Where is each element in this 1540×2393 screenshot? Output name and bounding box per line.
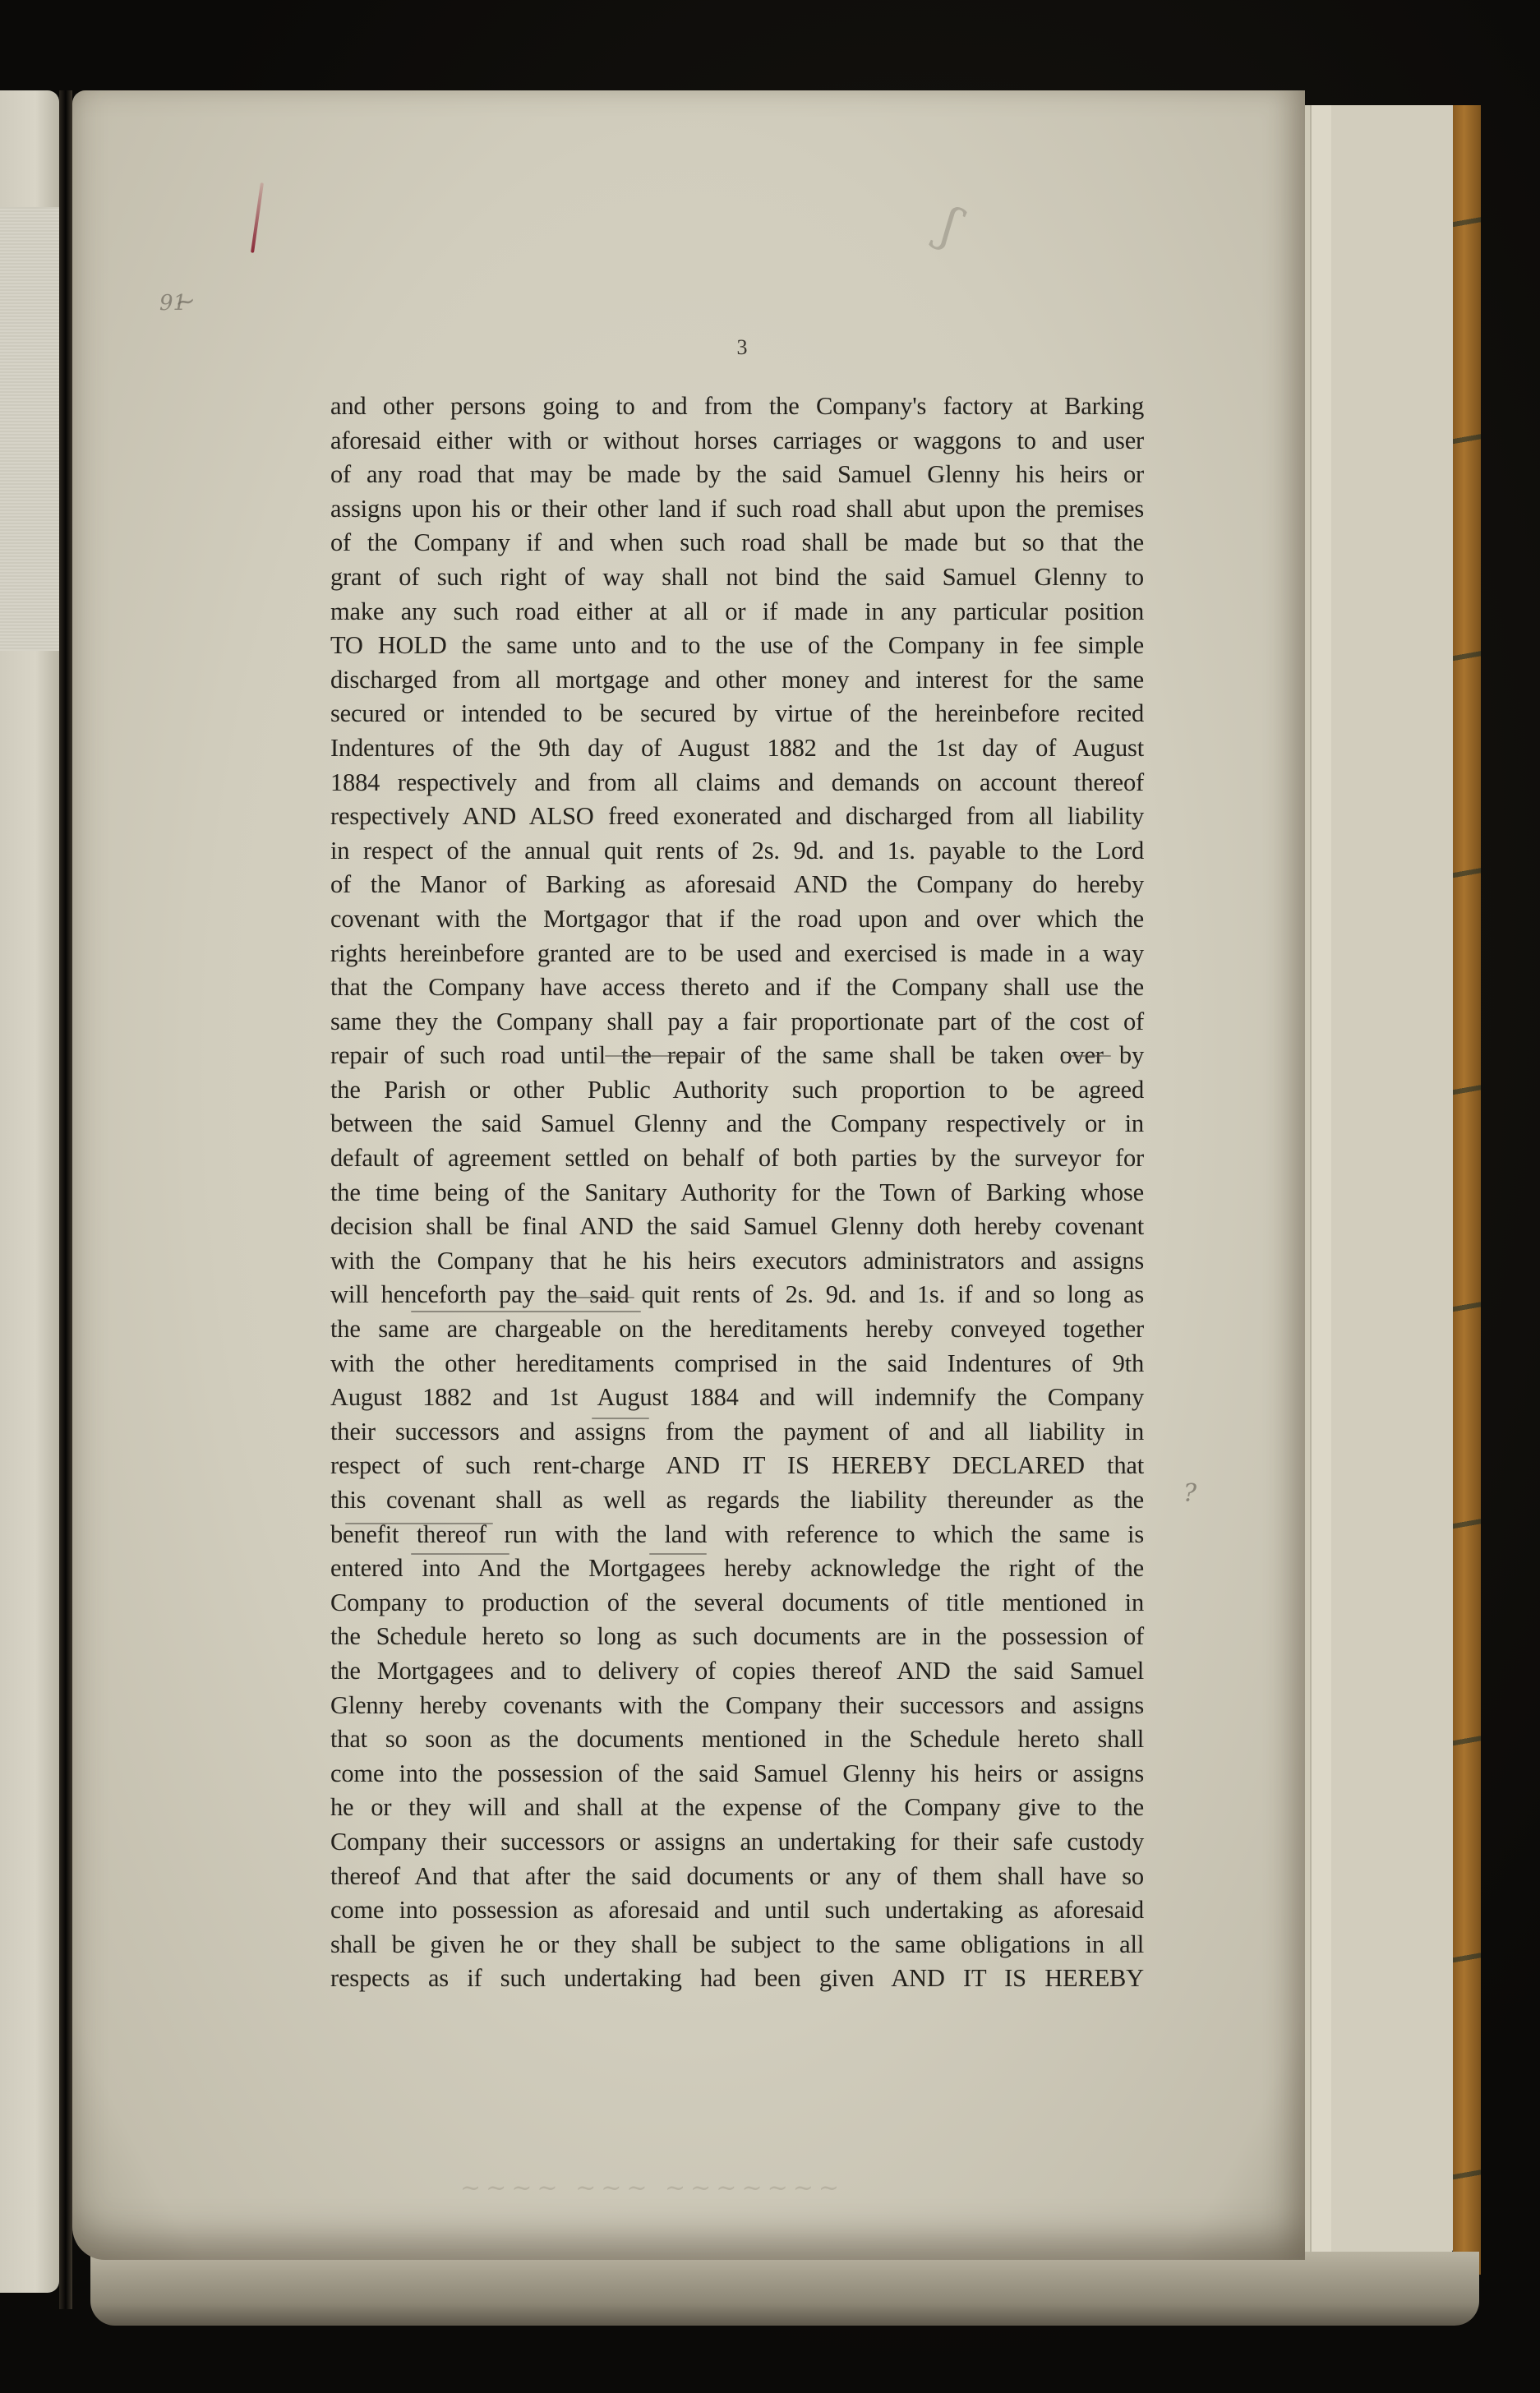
text-line: secured or intended to be secured by vir…: [330, 697, 1144, 731]
text-line: aforesaid either with or without horses …: [330, 424, 1144, 459]
text-line: of any road that may be made by the said…: [330, 458, 1144, 492]
text-line: repair of such road until the repair of …: [330, 1039, 1144, 1073]
text-line: respects as if such undertaking had been…: [330, 1962, 1144, 1996]
text-line: respect of such rent-charge AND IT IS HE…: [330, 1449, 1144, 1483]
text-line: decision shall be final AND the said Sam…: [330, 1210, 1144, 1244]
text-line: Company their successors or assigns an u…: [330, 1825, 1144, 1860]
text-line: the time being of the Sanitary Authority…: [330, 1176, 1144, 1210]
margin-pencil-note: 91: [159, 291, 187, 316]
text-line: thereof And that after the said document…: [330, 1860, 1144, 1894]
text-line: the Mortgagees and to delivery of copies…: [330, 1654, 1144, 1689]
text-line: of the Manor of Barking as aforesaid AND…: [330, 868, 1144, 902]
text-line: he or they will and shall at the expense…: [330, 1791, 1144, 1825]
pencil-underline: [592, 1418, 649, 1419]
text-line: rights hereinbefore granted are to be us…: [330, 937, 1144, 971]
text-line: default of agreement settled on behalf o…: [330, 1141, 1144, 1176]
text-line: that so soon as the documents mentioned …: [330, 1722, 1144, 1757]
text-line: discharged from all mortgage and other m…: [330, 663, 1144, 698]
deed-body-text: and other persons going to and from the …: [330, 390, 1144, 1996]
text-line: of the Company if and when such road sha…: [330, 526, 1144, 560]
text-line: Indentures of the 9th day of August 1882…: [330, 731, 1144, 766]
text-line: between the said Samuel Glenny and the C…: [330, 1107, 1144, 1141]
pencil-underline: [411, 1311, 641, 1312]
pencil-underline: [411, 1553, 509, 1555]
pencil-underline: [345, 1523, 493, 1524]
pencil-underline: [1070, 1055, 1111, 1057]
pencil-underline: [569, 1297, 634, 1298]
text-line: Glenny hereby covenants with the Company…: [330, 1689, 1144, 1723]
text-line: respectively AND ALSO freed exonerated a…: [330, 800, 1144, 834]
page-number: 3: [734, 335, 750, 360]
text-line: with the other hereditaments comprised i…: [330, 1347, 1144, 1381]
faint-pencil-scribble: ʃ: [932, 197, 968, 255]
text-line: come into possession as aforesaid and un…: [330, 1893, 1144, 1928]
text-line: the Parish or other Public Authority suc…: [330, 1073, 1144, 1108]
marbled-cover-edge: [1453, 105, 1481, 2275]
text-line: make any such road either at all or if m…: [330, 595, 1144, 629]
text-line: their successors and assigns from the pa…: [330, 1415, 1144, 1450]
text-line: assigns upon his or their other land if …: [330, 492, 1144, 527]
text-line: the same are chargeable on the hereditam…: [330, 1312, 1144, 1347]
text-line: with the Company that he his heirs execu…: [330, 1244, 1144, 1279]
margin-pencil-query: ?: [1183, 1479, 1196, 1508]
text-line: shall be given he or they shall be subje…: [330, 1928, 1144, 1962]
book-gutter: [59, 90, 72, 2309]
text-line: come into the possession of the said Sam…: [330, 1757, 1144, 1791]
pencil-underline: [649, 1553, 707, 1555]
pencil-underline: [605, 1055, 703, 1057]
text-line: TO HOLD the same unto and to the use of …: [330, 629, 1144, 663]
page-bottom-edge: [90, 2252, 1479, 2326]
text-line: in respect of the annual quit rents of 2…: [330, 834, 1144, 869]
page-block-edges: [1282, 105, 1455, 2258]
red-pencil-mark: [251, 182, 264, 253]
text-line: Company to production of the several doc…: [330, 1586, 1144, 1621]
text-line: covenant with the Mortgagor that if the …: [330, 902, 1144, 937]
text-line: same they the Company shall pay a fair p…: [330, 1005, 1144, 1040]
text-line: entered into And the Mortgagees hereby a…: [330, 1552, 1144, 1586]
text-line: August 1882 and 1st August 1884 and will…: [330, 1381, 1144, 1415]
text-line: and other persons going to and from the …: [330, 390, 1144, 424]
text-line: 1884 respectively and from all claims an…: [330, 766, 1144, 800]
text-line: will henceforth pay the said quit rents …: [330, 1278, 1144, 1312]
text-line: the Schedule hereto so long as such docu…: [330, 1620, 1144, 1654]
text-line: this covenant shall as well as regards t…: [330, 1483, 1144, 1518]
show-through-text: ~~~~ ~~~ ~~~~~~~: [460, 2174, 1200, 2206]
text-line: grant of such right of way shall not bin…: [330, 560, 1144, 595]
text-line: that the Company have access thereto and…: [330, 971, 1144, 1005]
